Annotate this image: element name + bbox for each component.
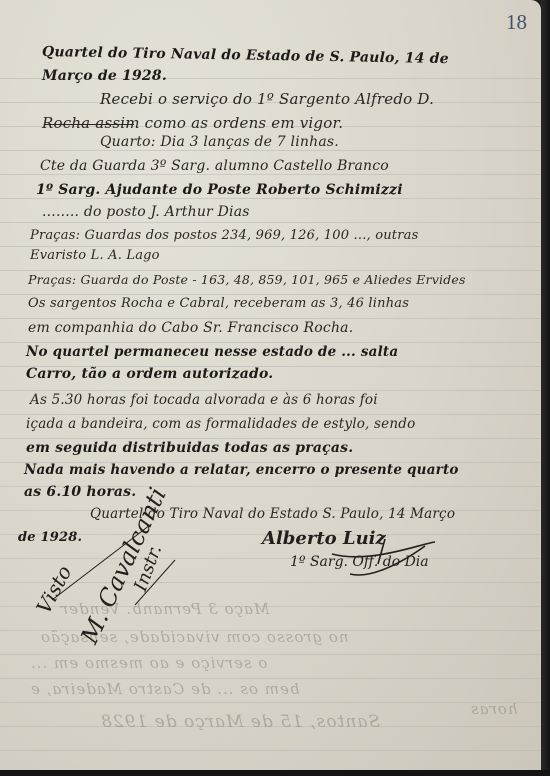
text-line: Os sargentos Rocha e Cabral, receberam a… [28, 296, 409, 311]
text-line: Rocha assim como as ordens em vigor. [42, 114, 343, 132]
text-line: as 6.10 horas. [24, 484, 136, 500]
ledger-page: Maço 3 Pernanb. Vender no grosso com viv… [0, 0, 541, 770]
ruled-line [0, 174, 541, 175]
text-line: Março de 1928. [42, 68, 167, 84]
text-line: em companhia do Cabo Sr. Francisco Rocha… [28, 320, 353, 336]
ruled-line [0, 198, 541, 199]
text-line: Quarto: Dia 3 lanças de 7 linhas. [100, 134, 339, 150]
signature-title: 1º Sarg. Off. do Dia [290, 554, 429, 570]
ruled-line [0, 750, 541, 751]
page-number: 18 [506, 10, 527, 35]
text-line: ........ do posto J. Arthur Dias [42, 204, 250, 220]
bleed-through-text: horas [470, 700, 518, 718]
text-line: As 5.30 horas foi tocada alvorada e às 6… [30, 392, 378, 408]
strike-through [44, 124, 134, 125]
ruled-line [0, 438, 541, 439]
book-spine-edge [541, 0, 550, 776]
text-line: içada a bandeira, com as formalidades de… [26, 416, 415, 432]
bleed-through-text: bem os ... de Castro Madeira, e [30, 680, 300, 698]
ruled-line [0, 702, 541, 703]
ruled-line [0, 390, 541, 391]
margin-strike-lines-icon [40, 520, 180, 610]
text-line: em seguida distribuidas todas as praças. [26, 440, 353, 456]
book-bottom-edge [0, 770, 550, 776]
text-line: Recebi o serviço do 1º Sargento Alfredo … [100, 90, 434, 108]
text-line: Praças: Guarda do Poste - 163, 48, 859, … [28, 272, 466, 287]
text-line: Cte da Guarda 3º Sarg. alumno Castello B… [40, 158, 389, 174]
text-line: Evaristo L. A. Lago [30, 248, 160, 263]
bleed-through-text: Santos, 15 de Março de 1928 [100, 712, 380, 732]
text-line: Nada mais havendo a relatar, encerro o p… [24, 462, 459, 478]
ruled-line [0, 222, 541, 223]
text-line: 1º Sarg. Ajudante do Poste Roberto Schim… [36, 182, 403, 198]
ruled-line [0, 294, 541, 295]
text-line: Quartel do Tiro Naval do Estado de S. Pa… [42, 44, 449, 67]
text-line: No quartel permaneceu nesse estado de ..… [26, 344, 398, 360]
ruled-line [0, 246, 541, 247]
ruled-line [0, 678, 541, 679]
ruled-line [0, 414, 541, 415]
ruled-line [0, 342, 541, 343]
ruled-line [0, 318, 541, 319]
bleed-through-text: o serviço e ao mesmo em ... [30, 654, 267, 672]
ruled-line [0, 270, 541, 271]
text-line: Carro, tão a ordem autorizado. [26, 366, 273, 382]
ruled-line [0, 150, 541, 151]
text-line: Praças: Guardas dos postos 234, 969, 126… [30, 228, 418, 243]
